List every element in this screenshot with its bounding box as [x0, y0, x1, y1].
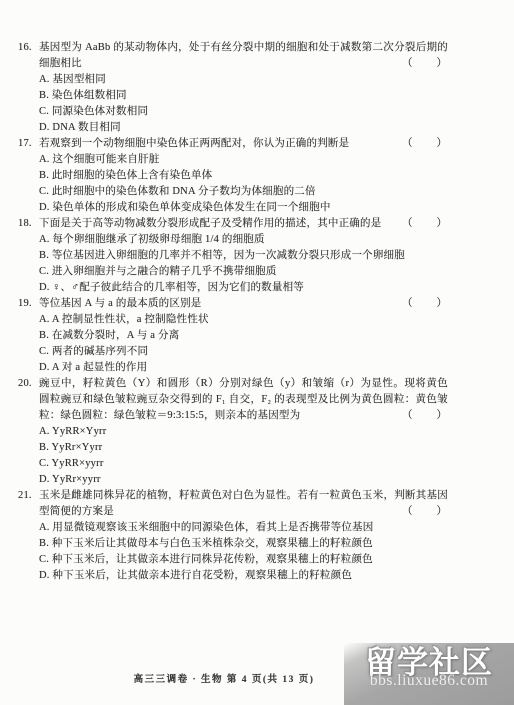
question-list: 16. 基因型为 AaBb 的某动物体内，处于有丝分裂中期的细胞和处于减数第二次…	[18, 40, 448, 584]
option-b: B. 在减数分裂时，A 与 a 分离	[18, 328, 448, 344]
option-c: C. 进入卵细胞并与之融合的精子几乎不携带细胞质	[18, 264, 448, 280]
option-d: D. YyRr×yyrr	[18, 472, 448, 488]
answer-bracket: （ ）	[402, 504, 448, 520]
question-stem: 19. 等位基因 A 与 a 的最本质的区别是 （ ）	[18, 296, 448, 312]
option-d: D. A 对 a 起显性的作用	[18, 360, 448, 376]
answer-bracket: （ ）	[402, 216, 448, 232]
option-b: B. 染色体组数相同	[18, 88, 448, 104]
option-b: B. YyRr×Yyrr	[18, 440, 448, 456]
answer-bracket: （ ）	[402, 136, 448, 152]
option-a: A. 基因型相同	[18, 72, 448, 88]
question-text: 基因型为 AaBb 的某动物体内，处于有丝分裂中期的细胞和处于减数第二次分裂后期…	[39, 42, 448, 69]
option-d: D. 染色单体的形成和染色单体变成染色体发生在同一个细胞中	[18, 200, 448, 216]
exam-page: 16. 基因型为 AaBb 的某动物体内，处于有丝分裂中期的细胞和处于减数第二次…	[0, 0, 514, 705]
question-stem: 20. 豌豆中，籽粒黄色（Y）和圆形（R）分别对绿色（y）和皱缩（r）为显性。现…	[18, 376, 448, 424]
question-18: 18. 下面是关于高等动物减数分裂形成配子及受精作用的描述，其中正确的是 （ ）…	[18, 216, 448, 296]
question-text: 下面是关于高等动物减数分裂形成配子及受精作用的描述，其中正确的是	[39, 218, 381, 229]
question-number: 19.	[18, 296, 32, 312]
option-a: A. YyRR×Yyrr	[18, 424, 448, 440]
question-stem: 16. 基因型为 AaBb 的某动物体内，处于有丝分裂中期的细胞和处于减数第二次…	[18, 40, 448, 72]
option-b: B. 等位基因进入卵细胞的几率并不相等，因为一次减数分裂只形成一个卵细胞	[18, 248, 448, 264]
option-c: C. 此时细胞中的染色体数和 DNA 分子数均为体细胞的二倍	[18, 184, 448, 200]
option-c: C. 两者的碱基序列不同	[18, 344, 448, 360]
answer-bracket: （ ）	[402, 408, 448, 424]
question-number: 21.	[18, 488, 32, 504]
question-20: 20. 豌豆中，籽粒黄色（Y）和圆形（R）分别对绿色（y）和皱缩（r）为显性。现…	[18, 376, 448, 488]
option-a: A. 这个细胞可能来自肝脏	[18, 152, 448, 168]
option-c: C. YyRR×yyrr	[18, 456, 448, 472]
answer-bracket: （ ）	[402, 296, 448, 312]
option-d: D. ♀、♂配子彼此结合的几率相等，因为它们的数量相等	[18, 280, 448, 296]
option-d: D. 种下玉米后，让其做亲本进行自花受粉，观察果穗上的籽粒颜色	[18, 568, 448, 584]
question-17: 17. 若观察到一个动物细胞中染色体正两两配对，你认为正确的判断是 （ ） A.…	[18, 136, 448, 216]
question-16: 16. 基因型为 AaBb 的某动物体内，处于有丝分裂中期的细胞和处于减数第二次…	[18, 40, 448, 136]
question-text: 玉米是雌雄同株异花的植物，籽粒黄色对白色为显性。若有一粒黄色玉米，判断其基因型简…	[39, 490, 448, 517]
option-a: A. A 控制显性性状，a 控制隐性性状	[18, 312, 448, 328]
watermark: 留学社区 bbs.liuxue86.com	[344, 643, 514, 705]
question-number: 17.	[18, 136, 32, 152]
question-19: 19. 等位基因 A 与 a 的最本质的区别是 （ ） A. A 控制显性性状，…	[18, 296, 448, 376]
option-a: A. 用显微镜观察该玉米细胞中的同源染色体，看其上是否携带等位基因	[18, 520, 448, 536]
question-number: 20.	[18, 376, 32, 392]
question-text: 若观察到一个动物细胞中染色体正两两配对，你认为正确的判断是	[39, 138, 349, 149]
question-text: 等位基因 A 与 a 的最本质的区别是	[39, 298, 201, 309]
question-number: 16.	[18, 40, 32, 56]
question-stem: 17. 若观察到一个动物细胞中染色体正两两配对，你认为正确的判断是 （ ）	[18, 136, 448, 152]
option-d: D. DNA 数目相同	[18, 120, 448, 136]
question-stem: 21. 玉米是雌雄同株异花的植物，籽粒黄色对白色为显性。若有一粒黄色玉米，判断其…	[18, 488, 448, 520]
option-b: B. 此时细胞的染色体上含有染色单体	[18, 168, 448, 184]
question-number: 18.	[18, 216, 32, 232]
answer-bracket: （ ）	[402, 56, 448, 72]
question-21: 21. 玉米是雌雄同株异花的植物，籽粒黄色对白色为显性。若有一粒黄色玉米，判断其…	[18, 488, 448, 584]
question-text: 豌豆中，籽粒黄色（Y）和圆形（R）分别对绿色（y）和皱缩（r）为显性。现将黄色圆…	[39, 378, 448, 421]
option-c: C. 同源染色体对数相同	[18, 104, 448, 120]
option-c: C. 种下玉米后，让其做亲本进行同株异花传粉，观察果穗上的籽粒颜色	[18, 552, 448, 568]
question-stem: 18. 下面是关于高等动物减数分裂形成配子及受精作用的描述，其中正确的是 （ ）	[18, 216, 448, 232]
option-a: A. 每个卵细胞继承了初级卵母细胞 1/4 的细胞质	[18, 232, 448, 248]
option-b: B. 种下玉米后让其做母本与白色玉米植株杂交，观察果穗上的籽粒颜色	[18, 536, 448, 552]
